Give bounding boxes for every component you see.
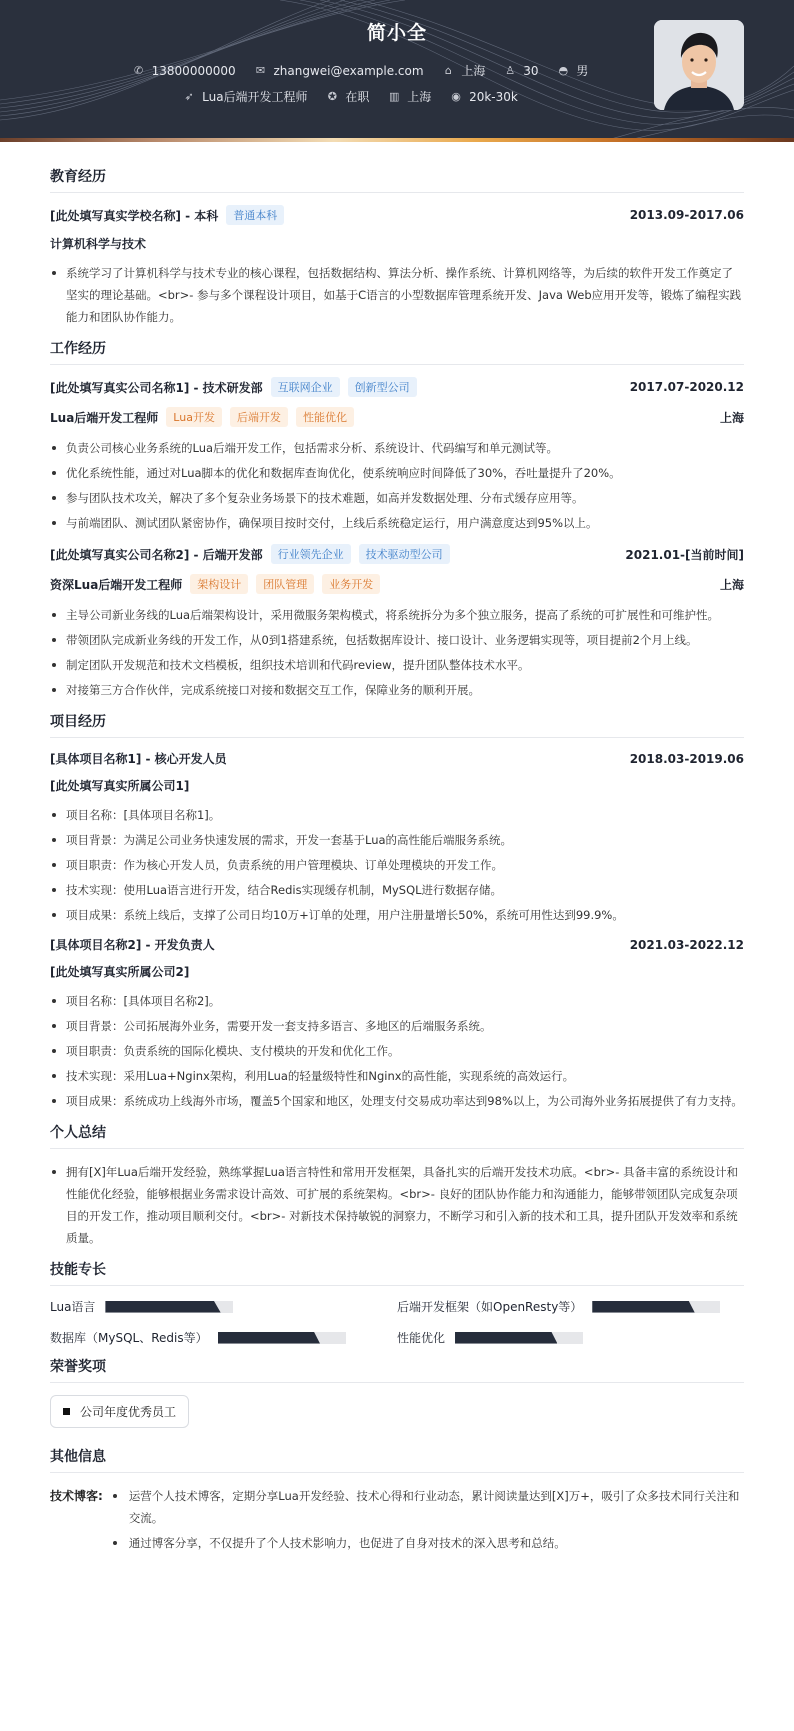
- work-item: [此处填写真实公司名称1] - 技术研发部 互联网企业 创新型公司 2017.0…: [50, 377, 744, 534]
- list-item: 项目成果：系统上线后，支撑了公司日均10万+订单的处理，用户注册量增长50%，系…: [50, 904, 744, 926]
- skill-bar-fill: [218, 1332, 320, 1344]
- contact-email[interactable]: ✉zhangwei@example.com: [253, 64, 423, 78]
- role-tag: 架构设计: [190, 574, 248, 594]
- list-item: 技术实现：使用Lua语言进行开发，结合Redis实现缓存机制，MySQL进行数据…: [50, 879, 744, 901]
- project-name: [具体项目名称1] - 核心开发人员: [50, 750, 227, 767]
- list-item: 项目背景：公司拓展海外业务，需要开发一套支持多语言、多地区的后端服务系统。: [50, 1015, 744, 1037]
- project-company: [此处填写真实所属公司2]: [50, 963, 189, 980]
- position-icon: ➶: [182, 90, 196, 103]
- projects-section: 项目经历 [具体项目名称1] - 核心开发人员 2018.03-2019.06 …: [50, 711, 744, 1112]
- project-company: [此处填写真实所属公司1]: [50, 777, 189, 794]
- skill-item: Lua语言: [50, 1298, 397, 1315]
- job-position: ➶Lua后端开发工程师: [182, 88, 307, 105]
- home-icon: ⌂: [441, 64, 455, 77]
- job-status: ✪在职: [325, 88, 369, 105]
- city-icon: ▥: [387, 90, 401, 103]
- section-title: 工作经历: [50, 338, 744, 365]
- skill-item: 后端开发框架（如OpenResty等）: [397, 1298, 744, 1315]
- contact-gender: ◓男: [556, 62, 588, 79]
- company-tag: 创新型公司: [348, 377, 417, 397]
- skill-label: 数据库（MySQL、Redis等）: [50, 1329, 208, 1346]
- work-date: 2021.01-[当前时间]: [625, 546, 744, 563]
- list-item: 项目名称：[具体项目名称1]。: [50, 804, 744, 826]
- project-item: [具体项目名称1] - 核心开发人员 2018.03-2019.06 [此处填写…: [50, 750, 744, 926]
- list-item: 制定团队开发规范和技术文档模板，组织技术培训和代码review，提升团队整体技术…: [50, 654, 744, 676]
- list-item: 带领团队完成新业务线的开发工作，从0到1搭建系统，包括数据库设计、接口设计、业务…: [50, 629, 744, 651]
- job-city: ▥上海: [387, 88, 431, 105]
- list-item: 拥有[X]年Lua后端开发经验，熟练掌握Lua语言特性和常用开发框架，具备扎实的…: [50, 1161, 744, 1249]
- email-icon: ✉: [253, 64, 267, 77]
- work-location: 上海: [720, 576, 744, 593]
- portrait-image: [654, 20, 744, 110]
- education-section: 教育经历 [此处填写真实学校名称] - 本科 普通本科 2013.09-2017…: [50, 166, 744, 328]
- list-item: 项目名称：[具体项目名称2]。: [50, 990, 744, 1012]
- section-title: 个人总结: [50, 1122, 744, 1149]
- job-role: 资深Lua后端开发工程师: [50, 576, 182, 593]
- major: 计算机科学与技术: [50, 235, 146, 252]
- company-name: [此处填写真实公司名称2] - 后端开发部: [50, 546, 263, 563]
- skill-item: 性能优化: [397, 1329, 744, 1346]
- skill-bar-fill: [105, 1301, 220, 1313]
- role-tag: Lua开发: [166, 407, 222, 427]
- resume-header: 简小全 ✆13800000000 ✉zhangwei@example.com ⌂…: [0, 0, 794, 142]
- awards-section: 荣誉奖项 公司年度优秀员工: [50, 1356, 744, 1436]
- skill-bar-fill: [592, 1301, 694, 1313]
- role-tag: 后端开发: [230, 407, 288, 427]
- skill-label: 后端开发框架（如OpenResty等）: [397, 1298, 582, 1315]
- section-title: 其他信息: [50, 1446, 744, 1473]
- job-salary: ◉20k-30k: [449, 90, 518, 104]
- square-bullet-icon: [63, 1408, 70, 1415]
- other-section: 其他信息 技术博客: 运营个人技术博客，定期分享Lua开发经验、技术心得和行业动…: [50, 1446, 744, 1567]
- role-tag: 业务开发: [322, 574, 380, 594]
- skill-label: 性能优化: [397, 1329, 445, 1346]
- work-location: 上海: [720, 409, 744, 426]
- role-tag: 性能优化: [296, 407, 354, 427]
- skill-bar: [105, 1301, 233, 1313]
- work-section: 工作经历 [此处填写真实公司名称1] - 技术研发部 互联网企业 创新型公司 2…: [50, 338, 744, 701]
- header-accent-stripe: [0, 138, 794, 142]
- contact-age: ♙30: [503, 64, 538, 78]
- list-item: 对接第三方合作伙伴，完成系统接口对接和数据交互工作，保障业务的顺利开展。: [50, 679, 744, 701]
- age-icon: ♙: [503, 64, 517, 77]
- section-title: 教育经历: [50, 166, 744, 193]
- skill-label: Lua语言: [50, 1298, 95, 1315]
- company-tag: 行业领先企业: [271, 544, 351, 564]
- skill-bar: [592, 1301, 720, 1313]
- other-item: 技术博客: 运营个人技术博客，定期分享Lua开发经验、技术心得和行业动态，累计阅…: [50, 1485, 744, 1567]
- project-item: [具体项目名称2] - 开发负责人 2021.03-2022.12 [此处填写真…: [50, 936, 744, 1112]
- skill-bar-fill: [455, 1332, 557, 1344]
- list-item: 运营个人技术博客，定期分享Lua开发经验、技术心得和行业动态，累计阅读量达到[X…: [103, 1485, 744, 1529]
- list-item: 技术实现：采用Lua+Nginx架构，利用Lua的轻量级特性和Nginx的高性能…: [50, 1065, 744, 1087]
- list-item: 项目成果：系统成功上线海外市场，覆盖5个国家和地区，处理支付交易成功率达到98%…: [50, 1090, 744, 1112]
- work-item: [此处填写真实公司名称2] - 后端开发部 行业领先企业 技术驱动型公司 202…: [50, 544, 744, 701]
- skills-section: 技能专长 Lua语言 后端开发框架（如OpenResty等） 数据库（MySQL…: [50, 1259, 744, 1346]
- phone-icon: ✆: [132, 64, 146, 77]
- project-date: 2018.03-2019.06: [630, 752, 744, 766]
- school-name: [此处填写真实学校名称] - 本科: [50, 207, 218, 224]
- status-icon: ✪: [325, 90, 339, 103]
- contact-location: ⌂上海: [441, 62, 485, 79]
- section-title: 项目经历: [50, 711, 744, 738]
- education-date: 2013.09-2017.06: [630, 208, 744, 222]
- work-date: 2017.07-2020.12: [630, 380, 744, 394]
- section-title: 荣誉奖项: [50, 1356, 744, 1383]
- project-date: 2021.03-2022.12: [630, 938, 744, 952]
- avatar: [654, 20, 744, 110]
- company-name: [此处填写真实公司名称1] - 技术研发部: [50, 379, 263, 396]
- summary-section: 个人总结 拥有[X]年Lua后端开发经验，熟练掌握Lua语言特性和常用开发框架，…: [50, 1122, 744, 1249]
- education-item: [此处填写真实学校名称] - 本科 普通本科 2013.09-2017.06 计…: [50, 205, 744, 328]
- job-role: Lua后端开发工程师: [50, 409, 158, 426]
- resume-body: 教育经历 [此处填写真实学校名称] - 本科 普通本科 2013.09-2017…: [0, 142, 794, 1587]
- list-item: 项目职责：负责系统的国际化模块、支付模块的开发和优化工作。: [50, 1040, 744, 1062]
- salary-icon: ◉: [449, 90, 463, 103]
- skill-item: 数据库（MySQL、Redis等）: [50, 1329, 397, 1346]
- award-label: 公司年度优秀员工: [80, 1403, 176, 1420]
- list-item: 系统学习了计算机科学与技术专业的核心课程，包括数据结构、算法分析、操作系统、计算…: [50, 262, 744, 328]
- project-name: [具体项目名称2] - 开发负责人: [50, 936, 215, 953]
- other-label: 技术博客:: [50, 1485, 103, 1567]
- contact-phone: ✆13800000000: [132, 64, 236, 78]
- award-badge: 公司年度优秀员工: [50, 1395, 189, 1428]
- degree-tag: 普通本科: [226, 205, 284, 225]
- company-tag: 技术驱动型公司: [359, 544, 450, 564]
- list-item: 负责公司核心业务系统的Lua后端开发工作，包括需求分析、系统设计、代码编写和单元…: [50, 437, 744, 459]
- list-item: 通过博客分享，不仅提升了个人技术影响力，也促进了自身对技术的深入思考和总结。: [103, 1532, 744, 1554]
- role-tag: 团队管理: [256, 574, 314, 594]
- company-tag: 互联网企业: [271, 377, 340, 397]
- list-item: 优化系统性能，通过对Lua脚本的优化和数据库查询优化，使系统响应时间降低了30%…: [50, 462, 744, 484]
- contact-info-row: ✆13800000000 ✉zhangwei@example.com ⌂上海 ♙…: [0, 62, 720, 79]
- section-title: 技能专长: [50, 1259, 744, 1286]
- list-item: 主导公司新业务线的Lua后端架构设计，采用微服务架构模式，将系统拆分为多个独立服…: [50, 604, 744, 626]
- list-item: 项目背景：为满足公司业务快速发展的需求，开发一套基于Lua的高性能后端服务系统。: [50, 829, 744, 851]
- list-item: 参与团队技术攻关，解决了多个复杂业务场景下的技术难题，如高并发数据处理、分布式缓…: [50, 487, 744, 509]
- skill-bar: [455, 1332, 583, 1344]
- job-info-row: ➶Lua后端开发工程师 ✪在职 ▥上海 ◉20k-30k: [0, 88, 700, 105]
- skill-bar: [218, 1332, 346, 1344]
- list-item: 项目职责：作为核心开发人员，负责系统的用户管理模块、订单处理模块的开发工作。: [50, 854, 744, 876]
- list-item: 与前端团队、测试团队紧密协作，确保项目按时交付，上线后系统稳定运行，用户满意度达…: [50, 512, 744, 534]
- gender-icon: ◓: [556, 64, 570, 77]
